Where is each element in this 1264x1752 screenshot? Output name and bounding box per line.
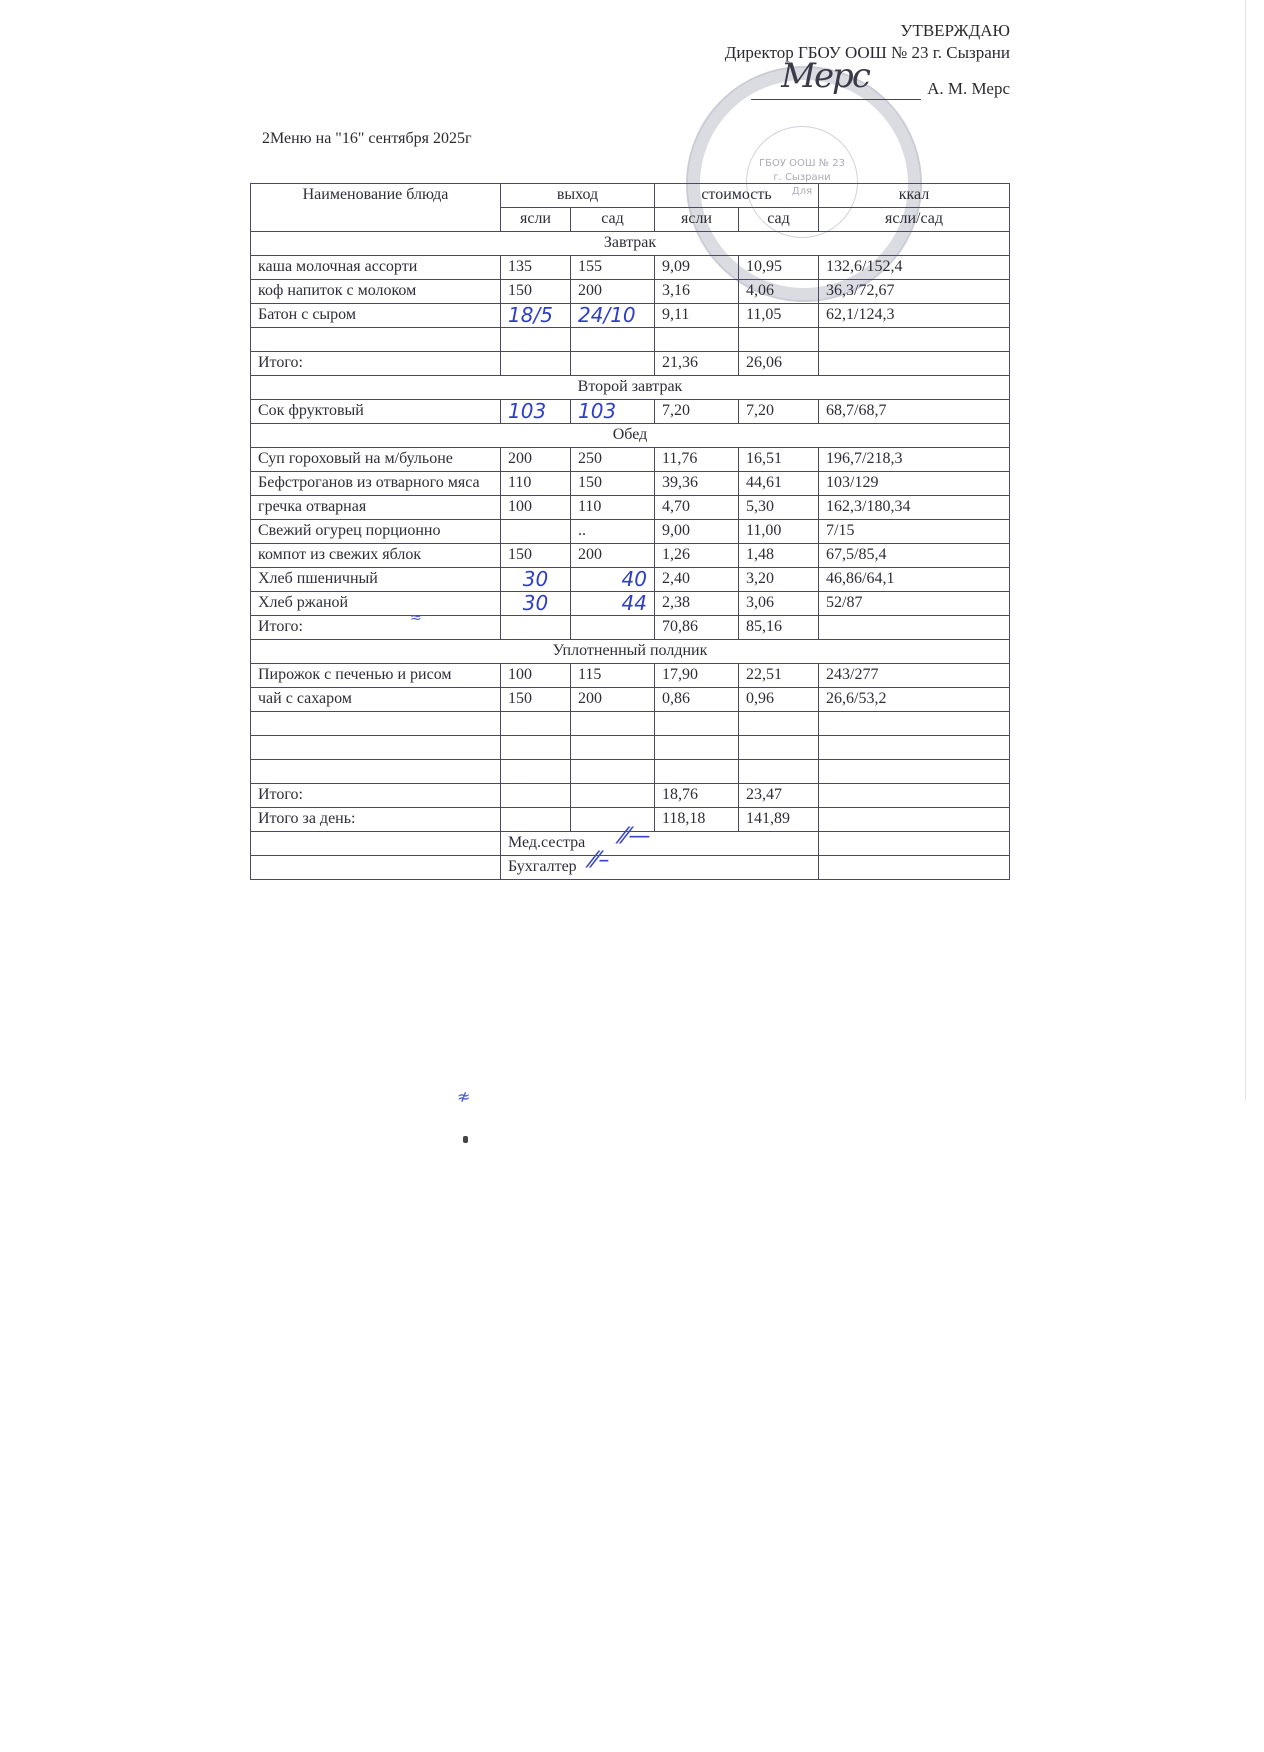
cell-out-s: .. (571, 520, 655, 544)
cell-cost-n: 9,11 (655, 304, 739, 328)
cell-cost-n: 3,16 (655, 280, 739, 304)
cell-out-s: 110 (571, 496, 655, 520)
cell-out-n (501, 352, 571, 376)
cell-cost-n (655, 712, 739, 736)
cell-out-s (571, 736, 655, 760)
table-row: каша молочная ассорти1351559,0910,95132,… (251, 256, 1010, 280)
cell-name: чай с сахаром (251, 688, 501, 712)
cell-kcal: 103/129 (819, 472, 1010, 496)
cell-name: Сок фруктовый (251, 400, 501, 424)
table-row: Сок фруктовый1031037,207,2068,7/68,7 (251, 400, 1010, 424)
table-row: чай с сахаром1502000,860,9626,6/53,2 (251, 688, 1010, 712)
cell-out-s (571, 352, 655, 376)
cell-cost-s: 7,20 (739, 400, 819, 424)
cell-kcal: 196,7/218,3 (819, 448, 1010, 472)
cell-kcal: 62,1/124,3 (819, 304, 1010, 328)
signature-role: Бухгалтер (508, 858, 577, 875)
cell-cost-s: 5,30 (739, 496, 819, 520)
empty-row (251, 736, 1010, 760)
cell-cost-n: 11,76 (655, 448, 739, 472)
header-output-garden: сад (571, 208, 655, 232)
cell-out-n (501, 760, 571, 784)
cell-kcal: 46,86/64,1 (819, 568, 1010, 592)
header-output: выход (501, 184, 655, 208)
cell-out-s: 155 (571, 256, 655, 280)
section-row: Уплотненный полдник (251, 640, 1010, 664)
table-row: Батон с сыром18/524/109,1111,0562,1/124,… (251, 304, 1010, 328)
empty-row (251, 328, 1010, 352)
cell-kcal (819, 712, 1010, 736)
cell-out-s: 200 (571, 544, 655, 568)
subtotal-cost-nursery: 18,76 (655, 784, 739, 808)
cell-out-n (501, 520, 571, 544)
stamp-line: ГБОУ ООШ № 23 (747, 157, 857, 171)
cell-cost-s (739, 328, 819, 352)
empty-row (251, 712, 1010, 736)
signature-line: Мерс А. М. Мерс (725, 78, 1010, 100)
handwritten-signature: ⁄⁄– (591, 850, 609, 872)
cell-cost-s: 11,00 (739, 520, 819, 544)
cell-out-n: 103 (501, 400, 571, 424)
section-title: Завтрак (251, 232, 1010, 256)
cell-out-n: 200 (501, 448, 571, 472)
cell-kcal: 36,3/72,67 (819, 280, 1010, 304)
signature-blank (819, 856, 1010, 880)
cell-out-n (501, 712, 571, 736)
cell-cost-n: 9,09 (655, 256, 739, 280)
cell-out-n (501, 736, 571, 760)
cell-cost-s: 3,06 (739, 592, 819, 616)
cell-out-n (501, 328, 571, 352)
cell-kcal: 132,6/152,4 (819, 256, 1010, 280)
cell-cost-s: 1,48 (739, 544, 819, 568)
cell-name: каша молочная ассорти (251, 256, 501, 280)
section-title: Обед (251, 424, 1010, 448)
cell-out-n: 18/5 (501, 304, 571, 328)
subtotal-cost-garden: 85,16 (739, 616, 819, 640)
cell-kcal: 7/15 (819, 520, 1010, 544)
menu-body: Завтраккаша молочная ассорти1351559,0910… (251, 232, 1010, 880)
cell-name (251, 736, 501, 760)
cell-out-s: 200 (571, 688, 655, 712)
header-cost: стоимость (655, 184, 819, 208)
document-title: 2Меню на "16" сентября 2025г (262, 130, 472, 148)
table-row: Хлеб пшеничный30402,403,2046,86/64,1 (251, 568, 1010, 592)
cell-name: Бефстроганов из отварного мяса (251, 472, 501, 496)
cell-kcal: 67,5/85,4 (819, 544, 1010, 568)
cell-name (251, 328, 501, 352)
section-row: Завтрак (251, 232, 1010, 256)
cell-cost-n: 9,00 (655, 520, 739, 544)
cell-kcal (819, 784, 1010, 808)
cell-cost-n (655, 736, 739, 760)
table-row: Пирожок с печенью и рисом10011517,9022,5… (251, 664, 1010, 688)
cell-out-s: 103 (571, 400, 655, 424)
subtotal-label: Итого: (251, 616, 501, 640)
handwritten-signature: ⁄⁄— (621, 826, 650, 848)
scan-edge-shadow (1245, 0, 1246, 1100)
cell-cost-n: 39,36 (655, 472, 739, 496)
signature-blank (251, 832, 501, 856)
director-signature: Мерс (781, 65, 869, 87)
cell-out-n: 100 (501, 664, 571, 688)
cell-cost-n: 0,86 (655, 688, 739, 712)
table-row: Хлеб ржаной30442,383,0652/87 (251, 592, 1010, 616)
cell-name: Суп гороховый на м/бульоне (251, 448, 501, 472)
cell-kcal (819, 736, 1010, 760)
table-row: гречка отварная1001104,705,30162,3/180,3… (251, 496, 1010, 520)
cell-name: гречка отварная (251, 496, 501, 520)
approval-block: УТВЕРЖДАЮ Директор ГБОУ ООШ № 23 г. Сызр… (725, 20, 1010, 100)
cell-kcal (819, 328, 1010, 352)
cell-out-s (571, 784, 655, 808)
cell-kcal (819, 352, 1010, 376)
cell-out-n: 30 (501, 568, 571, 592)
cell-out-n (501, 784, 571, 808)
cell-name: коф напиток с молоком (251, 280, 501, 304)
cell-out-s (571, 760, 655, 784)
subtotal-label: Итого: (251, 784, 501, 808)
cell-out-s: 150 (571, 472, 655, 496)
table-row: компот из свежих яблок1502001,261,4867,5… (251, 544, 1010, 568)
signature-role-cell: Бухгалтер⁄⁄– (501, 856, 819, 880)
section-row: Второй завтрак (251, 376, 1010, 400)
stray-pen-mark: ≉ (457, 1087, 470, 1106)
header-cost-garden: сад (739, 208, 819, 232)
cell-out-n (501, 616, 571, 640)
cell-cost-n: 2,38 (655, 592, 739, 616)
subtotal-row: Итого:18,7623,47 (251, 784, 1010, 808)
cell-out-s (571, 712, 655, 736)
table-row: Бефстроганов из отварного мяса11015039,3… (251, 472, 1010, 496)
table-row: Суп гороховый на м/бульоне20025011,7616,… (251, 448, 1010, 472)
approval-heading: УТВЕРЖДАЮ (725, 20, 1010, 42)
stray-pen-mark: ≈ (410, 610, 422, 626)
cell-out-n: 150 (501, 544, 571, 568)
cell-kcal (819, 808, 1010, 832)
signature-row: Мед.сестра⁄⁄— (251, 832, 1010, 856)
day-total-label: Итого за день: (251, 808, 501, 832)
table-row: Свежий огурец порционно..9,0011,007/15 (251, 520, 1010, 544)
cell-kcal: 26,6/53,2 (819, 688, 1010, 712)
cell-cost-s: 10,95 (739, 256, 819, 280)
cell-cost-n: 1,26 (655, 544, 739, 568)
cell-name (251, 760, 501, 784)
subtotal-row: Итого:21,3626,06 (251, 352, 1010, 376)
cell-name: Хлеб пшеничный (251, 568, 501, 592)
cell-cost-s (739, 736, 819, 760)
cell-name (251, 712, 501, 736)
cell-cost-s: 16,51 (739, 448, 819, 472)
cell-out-s: 24/10 (571, 304, 655, 328)
cell-out-n: 30 (501, 592, 571, 616)
signature-underline: Мерс (751, 79, 921, 100)
cell-kcal: 52/87 (819, 592, 1010, 616)
cell-out-s (571, 328, 655, 352)
cell-cost-n: 2,40 (655, 568, 739, 592)
cell-cost-s: 44,61 (739, 472, 819, 496)
cell-cost-n: 4,70 (655, 496, 739, 520)
header-output-nursery: ясли (501, 208, 571, 232)
cell-out-s: 250 (571, 448, 655, 472)
cell-kcal: 68,7/68,7 (819, 400, 1010, 424)
subtotal-cost-nursery: 70,86 (655, 616, 739, 640)
cell-out-n: 110 (501, 472, 571, 496)
cell-kcal (819, 616, 1010, 640)
cell-cost-s: 3,20 (739, 568, 819, 592)
table-row: коф напиток с молоком1502003,164,0636,3/… (251, 280, 1010, 304)
cell-out-s: 200 (571, 280, 655, 304)
cell-out-n: 150 (501, 688, 571, 712)
cell-name: Хлеб ржаной (251, 592, 501, 616)
cell-cost-s (739, 712, 819, 736)
cell-out-s: 44 (571, 592, 655, 616)
day-total-cost-garden: 141,89 (739, 808, 819, 832)
cell-cost-s (739, 760, 819, 784)
cell-out-n: 100 (501, 496, 571, 520)
header-cost-nursery: ясли (655, 208, 739, 232)
subtotal-cost-nursery: 21,36 (655, 352, 739, 376)
cell-name: Батон с сыром (251, 304, 501, 328)
header-row-top: Наименование блюда выход стоимость ккал (251, 184, 1010, 208)
signature-role-cell: Мед.сестра⁄⁄— (501, 832, 819, 856)
cell-cost-n: 7,20 (655, 400, 739, 424)
empty-row (251, 760, 1010, 784)
cell-kcal (819, 760, 1010, 784)
section-title: Уплотненный полдник (251, 640, 1010, 664)
cell-cost-n (655, 328, 739, 352)
subtotal-cost-garden: 26,06 (739, 352, 819, 376)
cell-cost-s: 0,96 (739, 688, 819, 712)
cell-out-n: 135 (501, 256, 571, 280)
cell-name: Пирожок с печенью и рисом (251, 664, 501, 688)
cell-out-n: 150 (501, 280, 571, 304)
header-dish-name: Наименование блюда (251, 184, 501, 232)
cell-out-s: 115 (571, 664, 655, 688)
cell-cost-s: 4,06 (739, 280, 819, 304)
subtotal-cost-garden: 23,47 (739, 784, 819, 808)
cell-out-s: 40 (571, 568, 655, 592)
cell-name: Свежий огурец порционно (251, 520, 501, 544)
menu-table: Наименование блюда выход стоимость ккал … (250, 183, 1010, 880)
section-title: Второй завтрак (251, 376, 1010, 400)
header-kcal: ккал (819, 184, 1010, 208)
cell-cost-n: 17,90 (655, 664, 739, 688)
cell-kcal: 243/277 (819, 664, 1010, 688)
cell-kcal: 162,3/180,34 (819, 496, 1010, 520)
cell-cost-n (655, 760, 739, 784)
cell-out-n (501, 808, 571, 832)
header-kcal-nursery-garden: ясли/сад (819, 208, 1010, 232)
section-row: Обед (251, 424, 1010, 448)
cell-out-s (571, 616, 655, 640)
cell-cost-s: 11,05 (739, 304, 819, 328)
cell-name: компот из свежих яблок (251, 544, 501, 568)
subtotal-label: Итого: (251, 352, 501, 376)
signature-role: Мед.сестра (508, 834, 585, 851)
day-total-cost-nursery: 118,18 (655, 808, 739, 832)
cell-cost-s: 22,51 (739, 664, 819, 688)
signatory-name: А. М. Мерс (927, 78, 1010, 100)
stray-dot (463, 1136, 468, 1143)
signature-row: Бухгалтер⁄⁄– (251, 856, 1010, 880)
subtotal-row: Итого:70,8685,16 (251, 616, 1010, 640)
signature-blank (819, 832, 1010, 856)
signature-blank (251, 856, 501, 880)
